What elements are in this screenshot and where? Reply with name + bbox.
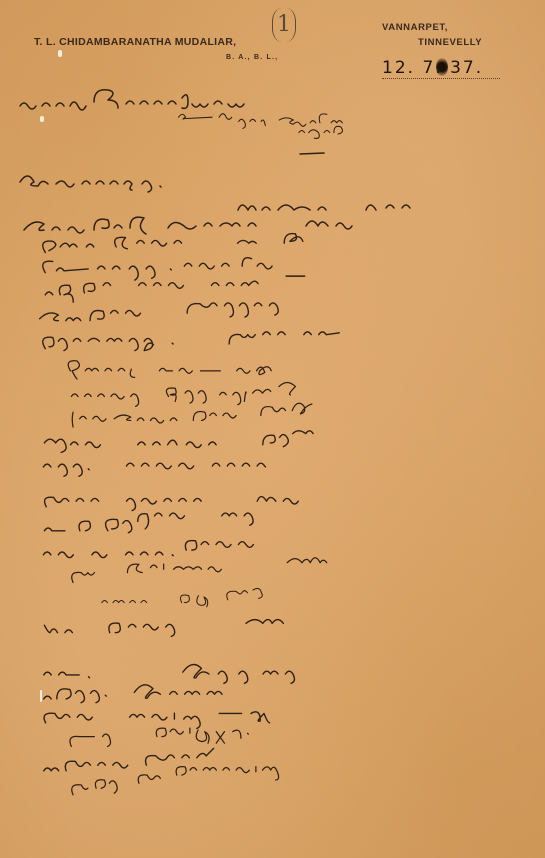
handwritten-line [20,166,250,194]
handwritten-line [24,538,494,566]
handwritten-line [24,452,494,480]
handwritten-line [24,302,494,330]
letterhead-degree: B. A., B. L., [226,54,278,61]
letterhead-place: VANNARPET, [382,22,448,33]
letter-page: T. L. CHIDAMBARANATHA MUDALIAR, B. A., B… [0,0,545,858]
letterhead-name: T. L. CHIDAMBARANATHA MUDALIAR, [34,36,236,48]
handwritten-line [24,780,524,808]
paper-speck [40,116,44,122]
handwritten-line [120,106,510,134]
ink-blot [436,58,448,76]
letter-description: Handwritten Tamil letter in dark brown i… [0,0,1,1]
handwritten-line [24,614,524,642]
handwritten-line [24,330,494,358]
handwritten-dash [300,140,330,168]
letterhead-town: TINNEVELLY [418,37,482,48]
paper-speck [58,50,62,57]
page-number-annotation: 1 [272,8,296,42]
